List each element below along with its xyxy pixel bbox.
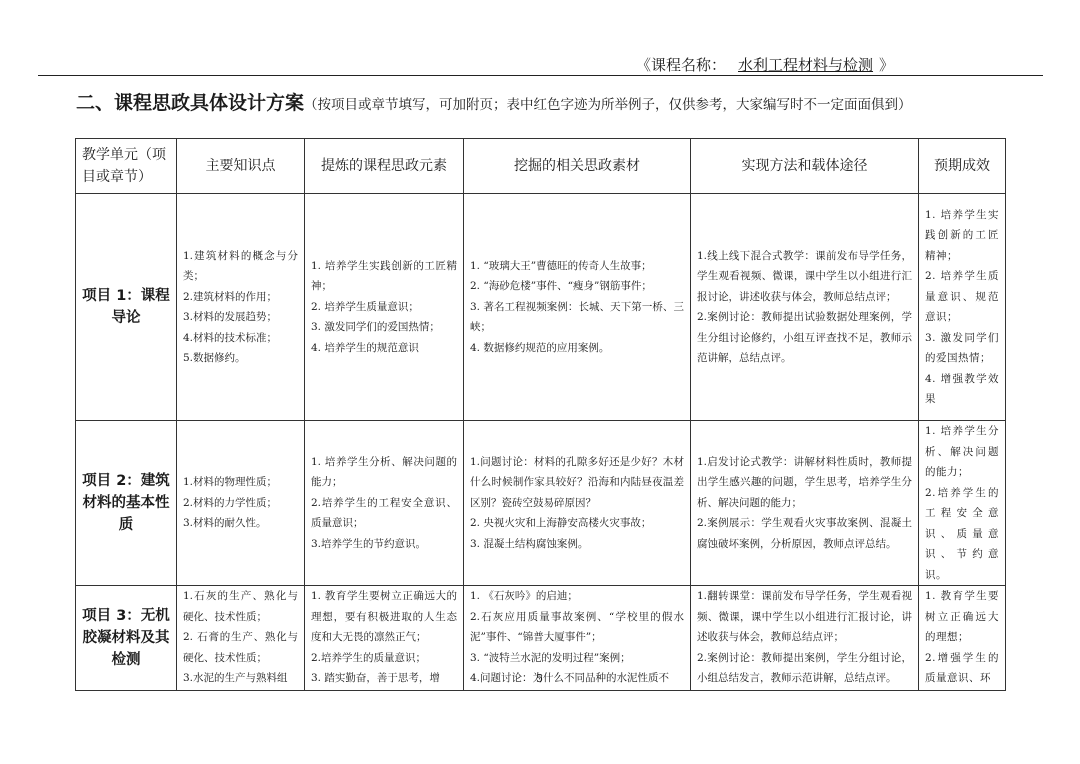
list-item: 2.石灰应用质量事故案例、“学校里的假水泥”事件、“锦普大厦事件”； bbox=[470, 607, 684, 648]
list-item: 2.建筑材料的作用； bbox=[183, 287, 298, 308]
list-item: 3. 混凝土结构腐蚀案例。 bbox=[470, 534, 684, 555]
knowledge-cell: 1.材料的物理性质； 2.材料的力学性质； 3.材料的耐久性。 bbox=[177, 421, 305, 586]
list-item: 3.水泥的生产与熟料组 bbox=[183, 668, 298, 689]
list-item: 2. 培养学生质量意识、规范意识； bbox=[925, 266, 999, 328]
unit-cell: 项目 1：课程导论 bbox=[76, 194, 177, 421]
section-title: 二、课程思政具体设计方案 bbox=[76, 92, 304, 114]
list-item: 1. 培养学生实践创新的工匠精神； bbox=[311, 256, 457, 297]
list-item: 3. “波特兰水泥的发明过程”案例； bbox=[470, 648, 684, 669]
list-item: 1.问题讨论：材料的孔隙多好还是少好？木材什么时候制作家具较好？沿海和内陆昼夜温… bbox=[470, 452, 684, 514]
column-header-unit: 教学单元（项目或章节） bbox=[76, 139, 177, 194]
list-item: 1. 教育学生要树立正确远大的理想； bbox=[925, 586, 999, 648]
list-item: 1.材料的物理性质； bbox=[183, 472, 298, 493]
list-item: 2.培养学生的工程安全意识、质量意识； bbox=[311, 493, 457, 534]
list-item: 3. 踏实勤奋，善于思考，增 bbox=[311, 668, 457, 689]
design-plan-table: 教学单元（项目或章节） 主要知识点 提炼的课程思政元素 挖掘的相关思政素材 实现… bbox=[75, 138, 1006, 691]
list-item: 3. 激发同学们的爱国热情； bbox=[311, 317, 457, 338]
list-item: 3.材料的耐久性。 bbox=[183, 513, 298, 534]
list-item: 2.案例讨论：教师提出案例，学生分组讨论，小组总结发言，教师示范讲解，总结点评。 bbox=[697, 648, 912, 689]
course-label: 《课程名称： bbox=[636, 56, 726, 74]
list-item: 1.翻转课堂：课前发布导学任务，学生观看视频、微课，课中学生以小组进行汇报讨论，… bbox=[697, 586, 912, 648]
elements-cell: 1. 培养学生实践创新的工匠精神； 2. 培养学生质量意识； 3. 激发同学们的… bbox=[305, 194, 464, 421]
outcomes-cell: 1. 培养学生实践创新的工匠精神； 2. 培养学生质量意识、规范意识； 3. 激… bbox=[919, 194, 1006, 421]
elements-cell: 1. 教育学生要树立正确远大的理想，要有积极进取的人生态度和大无畏的凛然正气； … bbox=[305, 586, 464, 691]
list-item: 3. 激发同学们的爱国热情； bbox=[925, 328, 999, 369]
column-header-elements: 提炼的课程思政元素 bbox=[305, 139, 464, 194]
list-item: 2. 央视火灾和上海静安高楼火灾事故； bbox=[470, 513, 684, 534]
list-item: 1.石灰的生产、熟化与硬化、技术性质； bbox=[183, 586, 298, 627]
list-item: 4. 增强教学效果 bbox=[925, 369, 999, 410]
section-note: （按项目或章节填写，可加附页；表中红色字迹为所举例子，仅供参考，大家编写时不一定… bbox=[304, 97, 912, 113]
course-name: 水利工程材料与检测 bbox=[732, 56, 879, 74]
list-item: 4.材料的技术标准； bbox=[183, 328, 298, 349]
knowledge-cell: 1.建筑材料的概念与分类； 2.建筑材料的作用； 3.材料的发展趋势； 4.材料… bbox=[177, 194, 305, 421]
unit-cell: 项目 2：建筑材料的基本性质 bbox=[76, 421, 177, 586]
list-item: 2. 培养学生质量意识； bbox=[311, 297, 457, 318]
list-item: 2. “海砂危楼”事件、“瘦身”钢筋事件； bbox=[470, 276, 684, 297]
list-item: 1. 培养学生分析、解决问题的能力； bbox=[311, 452, 457, 493]
column-header-methods: 实现方法和载体途径 bbox=[691, 139, 919, 194]
list-item: 2. 石膏的生产、熟化与硬化、技术性质； bbox=[183, 627, 298, 668]
column-header-knowledge: 主要知识点 bbox=[177, 139, 305, 194]
outcomes-cell: 1. 教育学生要树立正确远大的理想； 2.增强学生的质量意识、环 bbox=[919, 586, 1006, 691]
list-item: 2.培养学生的质量意识； bbox=[311, 648, 457, 669]
list-item: 4. 培养学生的规范意识 bbox=[311, 338, 457, 359]
list-item: 1.线上线下混合式教学：课前发布导学任务，学生观看视频、微课，课中学生以小组进行… bbox=[697, 246, 912, 308]
unit-cell: 项目 3：无机胶凝材料及其检测 bbox=[76, 586, 177, 691]
list-item: 1. 教育学生要树立正确远大的理想，要有积极进取的人生态度和大无畏的凛然正气； bbox=[311, 586, 457, 648]
list-item: 1.建筑材料的概念与分类； bbox=[183, 246, 298, 287]
list-item: 3.培养学生的节约意识。 bbox=[311, 534, 457, 555]
column-header-outcomes: 预期成效 bbox=[919, 139, 1006, 194]
header-rule bbox=[38, 75, 1043, 76]
list-item: 1. 培养学生分析、解决问题的能力； bbox=[925, 421, 999, 483]
list-item: 2.材料的力学性质； bbox=[183, 493, 298, 514]
outcomes-cell: 1. 培养学生分析、解决问题的能力； 2.培养学生的工程安全意识、质量意识、节约… bbox=[919, 421, 1006, 586]
methods-cell: 1.启发讨论式教学：讲解材料性质时，教师提出学生感兴趣的问题，学生思考，培养学生… bbox=[691, 421, 919, 586]
materials-cell: 1. “玻璃大王”曹德旺的传奇人生故事； 2. “海砂危楼”事件、“瘦身”钢筋事… bbox=[464, 194, 691, 421]
section-heading: 二、课程思政具体设计方案（按项目或章节填写，可加附页；表中红色字迹为所举例子，仅… bbox=[76, 88, 912, 115]
course-close: 》 bbox=[879, 56, 894, 74]
list-item: 1.启发讨论式教学：讲解材料性质时，教师提出学生感兴趣的问题，学生思考，培养学生… bbox=[697, 452, 912, 514]
list-item: 1. “玻璃大王”曹德旺的传奇人生故事； bbox=[470, 256, 684, 277]
page-number: 5 bbox=[536, 672, 543, 685]
list-item: 3. 著名工程视频案例：长城、天下第一桥、三峡； bbox=[470, 297, 684, 338]
methods-cell: 1.线上线下混合式教学：课前发布导学任务，学生观看视频、微课，课中学生以小组进行… bbox=[691, 194, 919, 421]
table-row: 项目 2：建筑材料的基本性质 1.材料的物理性质； 2.材料的力学性质； 3.材… bbox=[76, 421, 1006, 586]
table-row: 项目 1：课程导论 1.建筑材料的概念与分类； 2.建筑材料的作用； 3.材料的… bbox=[76, 194, 1006, 421]
list-item: 2.增强学生的质量意识、环 bbox=[925, 648, 999, 689]
materials-cell: 1.问题讨论：材料的孔隙多好还是少好？木材什么时候制作家具较好？沿海和内陆昼夜温… bbox=[464, 421, 691, 586]
list-item: 1. 培养学生实践创新的工匠精神； bbox=[925, 205, 999, 267]
list-item: 2.案例讨论：教师提出试验数据处理案例，学生分组讨论修约，小组互评查找不足，教师… bbox=[697, 307, 912, 369]
knowledge-cell: 1.石灰的生产、熟化与硬化、技术性质； 2. 石膏的生产、熟化与硬化、技术性质；… bbox=[177, 586, 305, 691]
list-item: 4. 数据修约规范的应用案例。 bbox=[470, 338, 684, 359]
list-item: 5.数据修约。 bbox=[183, 348, 298, 369]
course-name-line: 《课程名称：水利工程材料与检测》 bbox=[636, 54, 894, 75]
column-header-materials: 挖掘的相关思政素材 bbox=[464, 139, 691, 194]
list-item: 1. 《石灰吟》的启迪； bbox=[470, 586, 684, 607]
table-header-row: 教学单元（项目或章节） 主要知识点 提炼的课程思政元素 挖掘的相关思政素材 实现… bbox=[76, 139, 1006, 194]
methods-cell: 1.翻转课堂：课前发布导学任务，学生观看视频、微课，课中学生以小组进行汇报讨论，… bbox=[691, 586, 919, 691]
list-item: 2.案例展示：学生观看火灾事故案例、混凝土腐蚀破坏案例，分析原因，教师点评总结。 bbox=[697, 513, 912, 554]
list-item: 2.培养学生的工程安全意识、质量意识、节约意识。 bbox=[925, 483, 999, 586]
elements-cell: 1. 培养学生分析、解决问题的能力； 2.培养学生的工程安全意识、质量意识； 3… bbox=[305, 421, 464, 586]
materials-cell: 1. 《石灰吟》的启迪； 2.石灰应用质量事故案例、“学校里的假水泥”事件、“锦… bbox=[464, 586, 691, 691]
list-item: 4.问题讨论：为什么不同品种的水泥性质不 bbox=[470, 668, 684, 689]
list-item: 3.材料的发展趋势； bbox=[183, 307, 298, 328]
